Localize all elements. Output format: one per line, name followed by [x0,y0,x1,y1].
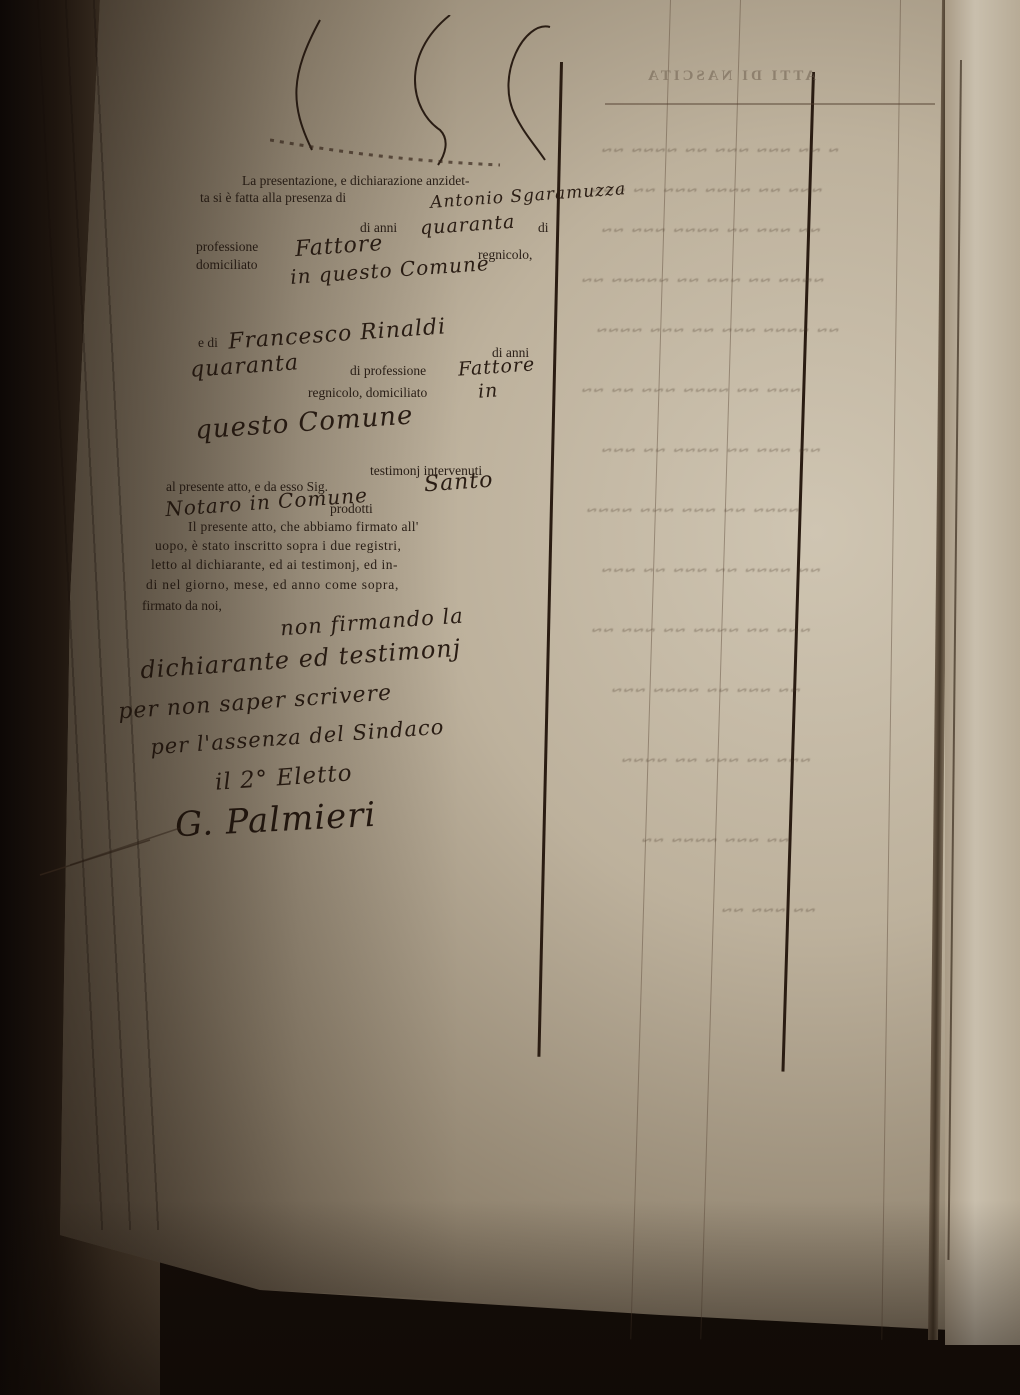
bleed-through-text: ~~ ~~~~ ~~~ ~~ ~~~ ~~~~ [589,320,845,341]
bleed-through-text: ~~ ~~~ ~~~~ ~~ [634,830,795,851]
bleed-through-text: ~~~ ~~ ~~~~ ~~~ ~~ ~~ [574,380,806,401]
form-text: professione [196,238,258,255]
form-text: ta si è fatta alla presenza di [200,189,346,206]
form-text: regnicolo, domiciliato [308,384,427,401]
photo-scene: ATTI DI NASCITA ~ ~~ ~~~ ~~~ ~~ ~~~~ ~~ … [0,0,1020,1395]
form-text: e di [198,334,218,351]
bleed-through-text: ~~ ~~~ ~~ [714,900,821,921]
bleed-through-text: ~~~ ~~ ~~~~ ~~ ~~~ ~~ [584,620,816,641]
handwritten-sig-name: Santo [423,468,494,498]
bleed-through-text: ~~ ~~~ ~~ ~~~~ ~~~ [604,680,806,701]
flourish-strokes [270,15,570,175]
form-text: letto al dichiarante, ed ai testimonj, e… [151,556,398,573]
facing-page-edge [945,0,1020,1345]
form-text: firmato da noi, [142,597,222,614]
form-text: di [538,219,549,236]
bleed-through-text: ~~ ~~~ ~~ ~~~~ ~~ ~~~ [594,440,826,461]
bleed-through-text: ~~ ~~~~ ~~ ~~~ ~~ ~~~ [594,560,826,581]
form-text: prodotti [330,500,373,517]
form-text: uopo, è stato inscritto sopra i due regi… [155,537,401,554]
bleed-through-text: ~ ~~ ~~~ ~~~ ~~ ~~~~ ~~ [594,140,845,161]
bleed-through-text: ~~ ~~~ ~~ ~~~~ ~~~ ~~ [594,220,826,241]
form-text: La presentazione, e dichiarazione anzide… [242,172,470,189]
bleed-through-text: ~~~ ~~ ~~~ ~~ ~~~~ [614,750,816,771]
bleed-through-header: ATTI DI NASCITA [645,68,816,85]
stray-pen-strokes [30,820,190,880]
form-text: domiciliato [196,256,258,273]
handwritten-witness2-domicile-a: in [477,379,499,402]
form-text: di professione [350,362,426,379]
form-text: Il presente atto, che abbiamo firmato al… [188,518,419,535]
bleed-through-text: ~~~~ ~~ ~~~ ~~~ ~~~~ [579,500,805,521]
bleed-through-text: ~~~~ ~~ ~~~ ~~ ~~~~~ ~~ [574,270,830,291]
header-rule [605,103,935,105]
form-text: di nel giorno, mese, ed anno come sopra, [146,576,399,593]
